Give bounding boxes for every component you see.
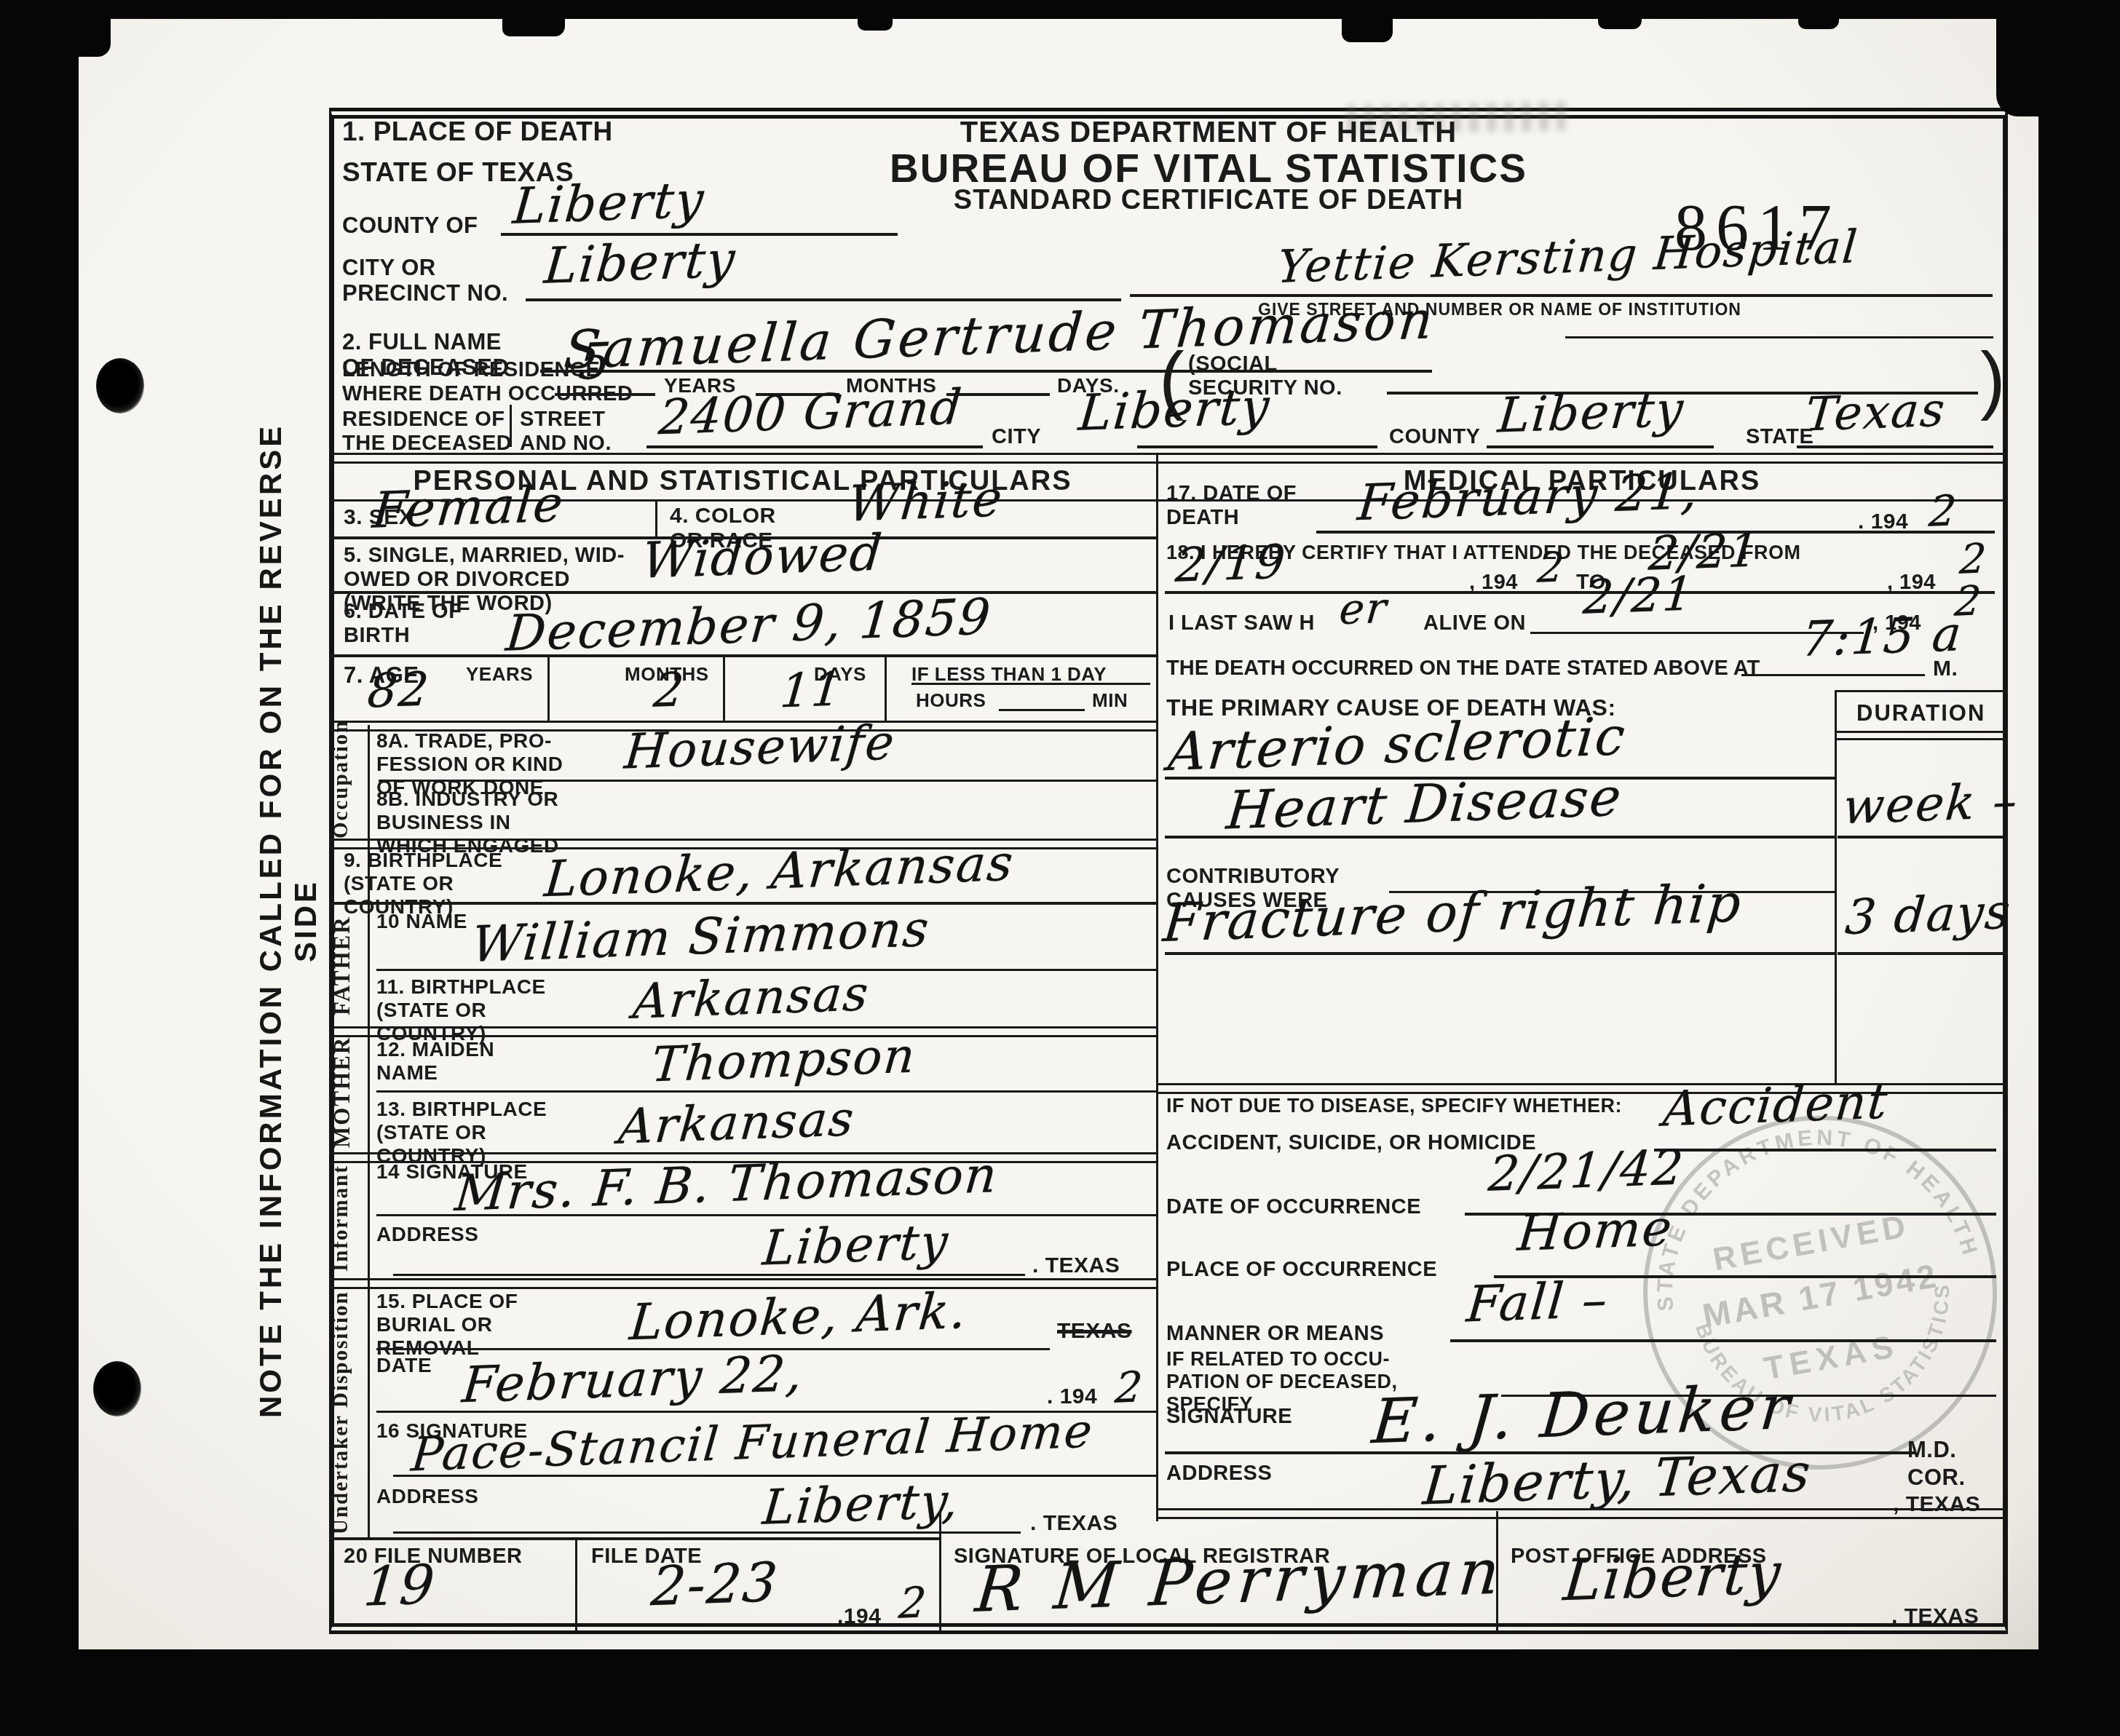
state2-line [1797, 445, 1993, 448]
street-line [646, 445, 983, 448]
header-divider [329, 453, 2008, 464]
age-days-value: 11 [778, 662, 845, 718]
informant-addr-label: ADDRESS [376, 1223, 478, 1246]
county2-line [1487, 445, 1714, 448]
father-bp-value: Arkansas [631, 965, 872, 1030]
cause-line2-rule [1165, 836, 1835, 839]
undertaker-side-label: Undertaker [329, 1418, 367, 1534]
attended-from-value: 2/19 [1174, 535, 1289, 593]
place-of-death-label: 1. PLACE OF DEATH [342, 116, 613, 147]
last-saw-date-value: 2/21 [1581, 567, 1696, 625]
undertaker-addr-value: Liberty, [761, 1473, 962, 1536]
cause-duration-value: week – [1841, 773, 2021, 836]
city-line [526, 298, 1121, 301]
state2-value: Texas [1803, 384, 1948, 443]
hours-label: HOURS [916, 690, 986, 712]
center-divider [1156, 453, 1158, 1521]
burial-value: Lonoke, Ark. [628, 1283, 970, 1352]
disposition-side-label: Disposition [329, 1284, 367, 1415]
duration-box-bottom2 [1835, 738, 2008, 740]
father-name-label: 10 NAME [376, 910, 467, 933]
informant-addr-value: Liberty [761, 1213, 952, 1276]
contributory-duration-value: 3 days [1843, 884, 2014, 946]
informant-row-divider [329, 1278, 1156, 1289]
duration-divider [1835, 690, 1837, 1083]
from-year-hand: 2 [1535, 544, 1567, 592]
footer-div1 [575, 1537, 577, 1630]
city-value: Liberty [542, 231, 739, 295]
marital-row-line [329, 591, 1156, 594]
last-saw-hand: er [1337, 583, 1390, 635]
top-blob-6 [1798, 0, 1839, 29]
manner-line [1450, 1339, 1996, 1342]
to-year-hand: 2 [1958, 535, 1989, 584]
file-number-value: 19 [361, 1553, 438, 1619]
age-years-label: YEARS [466, 664, 533, 686]
occurrence-date-label: DATE OF OCCURRENCE [1166, 1195, 1421, 1219]
burial-date-value: February 22, [460, 1345, 806, 1415]
manner-value: Fall – [1465, 1271, 1611, 1333]
undertaker-addr-label: ADDRESS [376, 1485, 478, 1508]
dod-label: 17. DATE OF DEATH [1166, 482, 1297, 530]
undertaker-sig-line [393, 1475, 1156, 1477]
occurrence-date-value: 2/21/42 [1487, 1139, 1687, 1202]
age-div3 [885, 654, 887, 721]
po-texas: , TEXAS [1891, 1604, 1979, 1629]
informant-side-label: Informant [329, 1157, 367, 1280]
county2-value: Liberty [1496, 381, 1687, 443]
certificate-title: STANDARD CERTIFICATE OF DEATH [794, 185, 1623, 216]
if-less-line [911, 683, 1150, 685]
age-div1 [547, 654, 550, 721]
street-label: STREET AND NO. [520, 408, 612, 456]
maiden-line [376, 1090, 1156, 1093]
father-side-label: FATHER [329, 907, 367, 1025]
undertaker-texas: . TEXAS [1030, 1511, 1118, 1536]
burial-texas-struck: TEXAS [1057, 1319, 1132, 1344]
city-precinct-label: CITY OR PRECINCT NO. [342, 255, 508, 306]
hours-line [999, 709, 1085, 711]
marital-value: Widowed [640, 524, 886, 590]
top-blob-4 [1342, 0, 1393, 42]
residence-years-value: 5 [577, 333, 614, 392]
sex-value: Female [371, 475, 566, 539]
mother-bp-value: Arkansas [617, 1090, 858, 1155]
city2-label: CITY [992, 425, 1041, 449]
top-blob-3 [858, 0, 893, 31]
occupation-side-label: Occupation [329, 729, 367, 839]
city2-line [1137, 445, 1377, 448]
occurred-label: THE DEATH OCCURRED ON THE DATE STATED AB… [1166, 657, 1760, 681]
dod-year-hand: 2 [1927, 485, 1960, 536]
accident-line [1654, 1149, 1996, 1152]
trade-line [379, 780, 1156, 782]
county-value: Liberty [511, 171, 708, 235]
right-corner-blob [1996, 0, 2120, 116]
duration-box-bottom1 [1835, 731, 2008, 733]
last-saw-label: I LAST SAW H [1168, 611, 1315, 635]
dod-value: February 21, [1356, 463, 1701, 533]
contributory-duration-rule [1838, 952, 2008, 955]
age-years-value: 82 [365, 662, 432, 718]
cause-duration-rule [1838, 836, 2008, 839]
duration-box-top [1835, 690, 2008, 692]
county2-label: COUNTY [1389, 425, 1480, 449]
bottom-edge-band [0, 1649, 2120, 1736]
file-year-printed: .194 [837, 1604, 881, 1629]
file-date-value: 2-23 [649, 1551, 781, 1618]
po-address-value: Liberty [1561, 1541, 1784, 1614]
scanned-death-certificate: STATE DEPARTMENT OF HEALTH BUREAU OF VIT… [0, 0, 2120, 1736]
attended-line [1165, 591, 1995, 594]
cor-label: COR. [1907, 1464, 1966, 1490]
manner-label: MANNER OR MEANS [1166, 1322, 1384, 1346]
dept-title: TEXAS DEPARTMENT OF HEALTH [794, 116, 1623, 150]
punch-hole-top [96, 358, 144, 413]
footer-div2 [939, 1511, 941, 1630]
county-label: COUNTY OF [342, 213, 478, 238]
maiden-value: Thompson [649, 1028, 919, 1093]
file-year-hand: 2 [897, 1577, 930, 1628]
informant-sig-line [376, 1214, 1156, 1216]
birthplace-label: 9. BIRTHPLACE (STATE OR COUNTRY) [344, 849, 502, 919]
street-value: 2400 Grand [657, 379, 965, 446]
accident-suicide-label: ACCIDENT, SUICIDE, OR HOMICIDE [1166, 1131, 1536, 1155]
birthplace-row-line [329, 902, 1156, 905]
occurrence-place-value: Home [1516, 1200, 1676, 1263]
death-time-line [1741, 674, 1925, 676]
right-edge-band [2038, 0, 2120, 1736]
m-label: M. [1933, 657, 1958, 681]
city2-value: Liberty [1077, 378, 1273, 442]
dob-row-line [329, 654, 1156, 657]
sex-color-divider [655, 499, 657, 536]
undertaker-addr-line [393, 1531, 1021, 1534]
informant-addr-line [393, 1274, 1025, 1276]
age-div2 [723, 654, 725, 721]
medical-bottom-divider [1156, 1508, 2008, 1519]
informant-texas: . TEXAS [1032, 1253, 1120, 1278]
min-label: MIN [1092, 690, 1128, 712]
occurrence-place-label: PLACE OF OCCURRENCE [1166, 1258, 1437, 1282]
top-blob-2 [502, 0, 565, 36]
right-continuation-line [1565, 336, 1993, 338]
md-label: M.D. [1907, 1437, 1956, 1462]
burial-date-label: DATE [376, 1354, 432, 1377]
burial-year-hand: 2 [1113, 1362, 1146, 1413]
years-line [555, 393, 655, 396]
maiden-label: 12. MAIDEN NAME [376, 1038, 494, 1085]
physician-sig-label: SIGNATURE [1166, 1405, 1292, 1429]
trade-value: Housewife [622, 714, 898, 780]
contributory-rule [1165, 952, 1835, 955]
left-edge-band [0, 0, 79, 1736]
if-not-disease-label: IF NOT DUE TO DISEASE, SPECIFY WHETHER: [1166, 1095, 1622, 1117]
reverse-side-note: NOTE THE INFORMATION CALLED FOR ON THE R… [253, 397, 298, 1445]
punch-hole-bottom [93, 1361, 141, 1416]
duration-label: DURATION [1856, 700, 1985, 726]
age-months-value: 2 [652, 663, 687, 718]
physician-addr-label: ADDRESS [1166, 1462, 1272, 1486]
accident-value: Accident [1661, 1073, 1891, 1137]
residence-tick [510, 405, 512, 447]
ssn-paren-close: ) [1980, 336, 2006, 423]
mother-side-label: MOTHER [329, 1031, 367, 1153]
dob-label: 6. DATE OF BIRTH [344, 600, 462, 648]
residence-of-label: RESIDENCE OF THE DECEASED [342, 408, 512, 456]
footer-top-left [329, 1537, 939, 1540]
top-blob-5 [1598, 0, 1642, 29]
alive-on-label: ALIVE ON [1423, 611, 1526, 635]
